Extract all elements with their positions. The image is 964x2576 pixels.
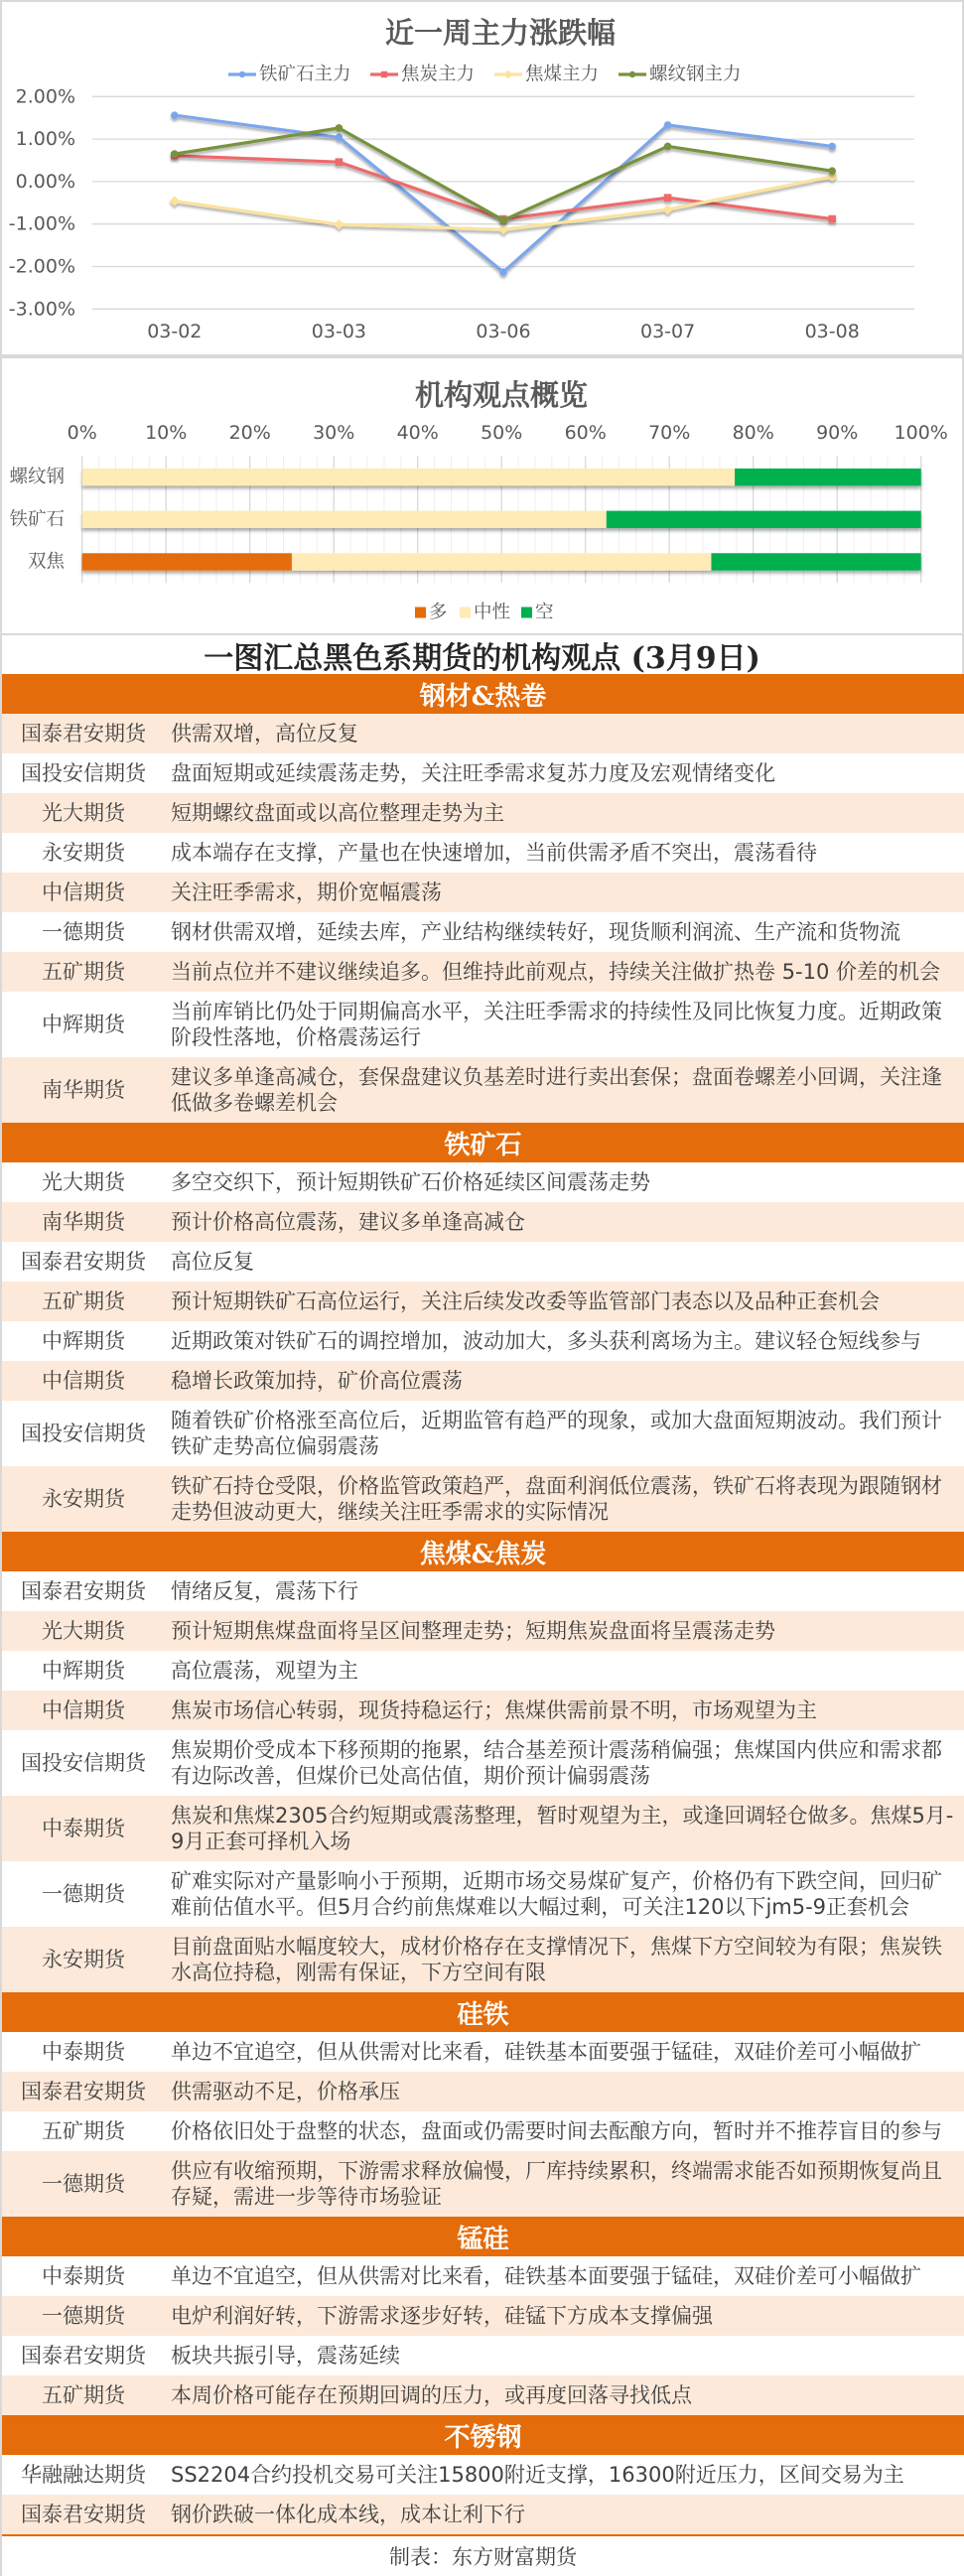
section-header: 铁矿石 [2, 1123, 964, 1162]
institution-name: 五矿期货 [2, 2382, 165, 2408]
data-point-marker [336, 134, 344, 142]
institution-view: 焦炭期价受成本下移预期的拖累，结合基差预计震荡稍偏强；焦煤国内供应和需求都 有边… [165, 1737, 964, 1789]
table-row: 南华期货建议多单逢高减仓，套保盘建议负基差时进行卖出套保；盘面卷螺差小回调，关注… [2, 1057, 964, 1123]
legend-swatch-icon [460, 608, 471, 618]
data-point-marker [662, 204, 672, 214]
legend-label: 中性 [474, 603, 511, 623]
chart-title: 机构观点概览 [415, 378, 588, 412]
section-stainless-steel: 不锈钢 华融融达期货SS2204合约投机交易可关注15800附近支撑，16300… [2, 2415, 964, 2534]
legend-label: 焦煤主力 [525, 65, 599, 85]
table-row: 南华期货预计价格高位震荡，建议多单逢高减仓 [2, 1202, 964, 1242]
x-axis-label: 100% [895, 422, 948, 444]
legend-swatch-icon [521, 608, 532, 618]
institution-name: 南华期货 [2, 1077, 165, 1103]
institution-name: 国泰君安期货 [2, 1249, 165, 1275]
x-axis-label: 03-06 [476, 321, 530, 342]
table-row: 五矿期货价格依旧处于盘整的状态，盘面或仍需要时间去酝酿方向，暂时并不推荐盲目的参… [2, 2111, 964, 2151]
legend-item: 中性 [460, 603, 511, 623]
legend-swatch-icon [415, 608, 426, 618]
data-point-marker [336, 158, 344, 166]
bar-segment [711, 553, 920, 570]
data-point-marker [171, 111, 179, 119]
table-row: 五矿期货预计短期铁矿石高位运行，关注后续发改委等监管部门表态以及品种正套机会 [2, 1282, 964, 1321]
institution-view: 电炉利润好转，下游需求逐步好转，硅锰下方成本支撑偏强 [165, 2303, 964, 2329]
table-row: 中泰期货单边不宜追空，但从供需对比来看，硅铁基本面要强于锰硅，双硅价差可小幅做扩 [2, 2032, 964, 2072]
institution-view: 短期螺纹盘面或以高位整理走势为主 [165, 800, 964, 826]
series-line [175, 156, 832, 219]
table-row: 永安期货铁矿石持仓受限，价格监管政策趋严，盘面利润低位震荡，铁矿石将表现为跟随钢… [2, 1466, 964, 1532]
bar-segment [607, 511, 921, 528]
legend-item: 空 [521, 603, 554, 623]
institution-name: 国投安信期货 [2, 760, 165, 786]
section-coking-coal-coke: 焦煤&焦炭 国泰君安期货情绪反复，震荡下行 光大期货预计短期焦煤盘面将呈区间整理… [2, 1532, 964, 1992]
institution-name: 国投安信期货 [2, 1421, 165, 1446]
data-point-marker [828, 143, 836, 151]
y-axis-label: 2.00% [16, 85, 75, 107]
institution-name: 国泰君安期货 [2, 2502, 165, 2527]
x-axis-label: 03-03 [312, 321, 366, 342]
y-axis-label: -1.00% [9, 213, 75, 235]
section-ferrosilicon: 硅铁 中泰期货单边不宜追空，但从供需对比来看，硅铁基本面要强于锰硅，双硅价差可小… [2, 1992, 964, 2217]
x-axis-label: 03-02 [147, 321, 202, 342]
table-row: 国泰君安期货情绪反复，震荡下行 [2, 1571, 964, 1611]
institution-view: 当前点位并不建议继续追多。但维持此前观点，持续关注做扩热卷 5-10 价差的机会 [165, 959, 964, 985]
institution-name: 中辉期货 [2, 1012, 165, 1037]
legend-label: 焦炭主力 [401, 65, 475, 85]
institution-view: 焦炭和焦煤2305合约短期或震荡整理，暂时观望为主，或逢回调轻仓做多。焦煤5月-… [165, 1803, 964, 1854]
data-point-marker [828, 215, 836, 223]
table-row: 国泰君安期货板块共振引导，震荡延续 [2, 2336, 964, 2375]
section-header: 不锈钢 [2, 2415, 964, 2455]
x-axis-label: 03-07 [640, 321, 695, 342]
bar-segment [82, 469, 735, 485]
table-row: 一德期货矿难实际对产量影响小于预期，近期市场交易煤矿复产，价格仍有下跌空间，回归… [2, 1861, 964, 1927]
x-axis-label: 70% [648, 422, 690, 444]
x-axis-label: 03-08 [805, 321, 860, 342]
data-point-marker [499, 216, 507, 224]
table-row: 五矿期货本周价格可能存在预期回调的压力，或再度回落寻找低点 [2, 2375, 964, 2415]
institution-name: 永安期货 [2, 1947, 165, 1972]
institution-view: 随着铁矿价格涨至高位后，近期监管有趋严的现象，或加大盘面短期波动。我们预计 铁矿… [165, 1408, 964, 1459]
data-point-marker [171, 150, 179, 158]
y-axis-label: -2.00% [9, 256, 75, 278]
institution-name: 一德期货 [2, 2171, 165, 2197]
x-axis-label: 40% [397, 422, 439, 444]
legend-item: 焦炭主力 [370, 65, 475, 85]
institution-name: 中信期货 [2, 1368, 165, 1394]
institution-view: 钢材供需双增，延续去库，产业结构继续转好，现货顺利润流、生产流和货物流 [165, 919, 964, 945]
legend-item: 螺纹钢主力 [619, 65, 742, 85]
legend-item: 焦煤主力 [494, 65, 599, 85]
series-group [171, 152, 836, 222]
legend-marker-icon [504, 70, 513, 79]
institution-view: 本周价格可能存在预期回调的压力，或再度回落寻找低点 [165, 2382, 964, 2408]
institution-views-table: 钢材&热卷 国泰君安期货供需双增，高位反复 国投安信期货盘面短期或延续震荡走势，… [0, 674, 964, 2536]
data-point-marker [664, 121, 672, 129]
data-point-marker [499, 268, 507, 276]
table-row: 中辉期货高位震荡，观望为主 [2, 1651, 964, 1691]
institution-view: 单边不宜追空，但从供需对比来看，硅铁基本面要强于锰硅，双硅价差可小幅做扩 [165, 2263, 964, 2289]
legend-label: 铁矿石主力 [259, 65, 351, 85]
category-label: 铁矿石 [9, 509, 65, 530]
institution-name: 国泰君安期货 [2, 2079, 165, 2104]
institution-name: 一德期货 [2, 919, 165, 945]
data-point-marker [498, 224, 508, 234]
institution-view: 高位反复 [165, 1249, 964, 1275]
table-row: 一德期货供应有收缩预期，下游需求释放偏慢，厂库持续累积，终端需求能否如预期恢复尚… [2, 2151, 964, 2217]
institution-view: 铁矿石持仓受限，价格监管政策趋严，盘面利润低位震荡，铁矿石将表现为跟随钢材 走势… [165, 1473, 964, 1525]
institution-name: 南华期货 [2, 1209, 165, 1235]
footer-credit: 制表：东方财富期货 [0, 2536, 964, 2576]
institution-view: 焦炭市场信心转弱，现货持稳运行；焦煤供需前景不明，市场观望为主 [165, 1697, 964, 1723]
institution-view: 预计短期焦煤盘面将呈区间整理走势；短期焦炭盘面将呈震荡走势 [165, 1618, 964, 1644]
institution-view: 矿难实际对产量影响小于预期，近期市场交易煤矿复产，价格仍有下跌空间，回归矿 难前… [165, 1868, 964, 1920]
data-point-marker [170, 196, 180, 205]
institution-name: 一德期货 [2, 1881, 165, 1907]
institution-view: 板块共振引导，震荡延续 [165, 2343, 964, 2369]
bar-group [82, 469, 921, 571]
institution-view: 价格依旧处于盘整的状态，盘面或仍需要时间去酝酿方向，暂时并不推荐盲目的参与 [165, 2118, 964, 2144]
x-axis-label: 50% [481, 422, 522, 444]
institution-view: 单边不宜追空，但从供需对比来看，硅铁基本面要强于锰硅，双硅价差可小幅做扩 [165, 2039, 964, 2065]
institution-view-stacked-bar-chart: 机构观点概览0%10%20%30%40%50%60%70%80%90%100%螺… [0, 356, 964, 635]
category-label: 螺纹钢 [9, 467, 65, 487]
data-point-marker [334, 219, 344, 229]
x-axis-label: 10% [145, 422, 187, 444]
institution-name: 中信期货 [2, 1697, 165, 1723]
bar-segment [735, 469, 921, 485]
institution-name: 中泰期货 [2, 2263, 165, 2289]
section-header: 锰硅 [2, 2217, 964, 2256]
institution-name: 光大期货 [2, 800, 165, 826]
table-row: 永安期货目前盘面贴水幅度较大，成材价格存在支撑情况下，焦煤下方空间较为有限；焦炭… [2, 1927, 964, 1992]
table-row: 中辉期货近期政策对铁矿石的调控增加，波动加大，多头获利离场为主。建议轻仓短线参与 [2, 1321, 964, 1361]
institution-name: 永安期货 [2, 840, 165, 866]
chart-title: 近一周主力涨跌幅 [385, 16, 616, 50]
institution-name: 五矿期货 [2, 1288, 165, 1314]
x-axis-label: 20% [229, 422, 271, 444]
weekly-change-chart: 近一周主力涨跌幅2.00%1.00%0.00%-1.00%-2.00%-3.00… [0, 0, 964, 356]
institution-name: 国投安信期货 [2, 1750, 165, 1776]
table-row: 国投安信期货盘面短期或延续震荡走势，关注旺季需求复苏力度及宏观情绪变化 [2, 753, 964, 793]
institution-view: 目前盘面贴水幅度较大，成材价格存在支撑情况下，焦煤下方空间较为有限；焦炭铁 水高… [165, 1934, 964, 1985]
data-point-marker [664, 194, 672, 202]
table-row: 国泰君安期货钢价跌破一体化成本线，成本让利下行 [2, 2495, 964, 2534]
institution-name: 国泰君安期货 [2, 721, 165, 746]
bar-segment [82, 553, 292, 570]
table-row: 光大期货多空交织下，预计短期铁矿石价格延续区间震荡走势 [2, 1162, 964, 1202]
institution-view: 建议多单逢高减仓，套保盘建议负基差时进行卖出套保；盘面卷螺差小回调，关注逢 低做… [165, 1064, 964, 1116]
institution-name: 国泰君安期货 [2, 1578, 165, 1604]
data-point-marker [336, 124, 344, 132]
legend-marker-icon [381, 71, 387, 77]
x-axis-label: 90% [816, 422, 858, 444]
institution-view: 当前库销比仍处于同期偏高水平，关注旺季需求的持续性及同比恢复力度。近期政策 阶段… [165, 999, 964, 1050]
x-axis-label: 30% [313, 422, 354, 444]
table-row: 中信期货稳增长政策加持，矿价高位震荡 [2, 1361, 964, 1401]
institution-view: 预计短期铁矿石高位运行，关注后续发改委等监管部门表态以及品种正套机会 [165, 1288, 964, 1314]
legend-item: 铁矿石主力 [228, 65, 351, 85]
y-axis-label: 1.00% [16, 128, 75, 150]
x-axis-label: 0% [68, 422, 97, 444]
legend-label: 螺纹钢主力 [649, 65, 742, 85]
legend-label: 空 [535, 603, 554, 623]
institution-name: 中辉期货 [2, 1658, 165, 1684]
institution-name: 五矿期货 [2, 2118, 165, 2144]
legend-marker-icon [629, 71, 635, 77]
series-group [170, 172, 838, 235]
table-row: 国投安信期货随着铁矿价格涨至高位后，近期监管有趋严的现象，或加大盘面短期波动。我… [2, 1401, 964, 1466]
institution-view: 情绪反复，震荡下行 [165, 1578, 964, 1604]
table-row: 光大期货预计短期焦煤盘面将呈区间整理走势；短期焦炭盘面将呈震荡走势 [2, 1611, 964, 1651]
bar-segment [292, 553, 712, 570]
institution-view: 关注旺季需求，期价宽幅震荡 [165, 880, 964, 905]
weekly-change-line-chart: 近一周主力涨跌幅2.00%1.00%0.00%-1.00%-2.00%-3.00… [0, 0, 964, 356]
section-header: 硅铁 [2, 1992, 964, 2032]
section-iron-ore: 铁矿石 光大期货多空交织下，预计短期铁矿石价格延续区间震荡走势 南华期货预计价格… [2, 1123, 964, 1532]
institution-name: 国泰君安期货 [2, 2343, 165, 2369]
table-row: 华融融达期货SS2204合约投机交易可关注15800附近支撑，16300附近压力… [2, 2455, 964, 2495]
category-label: 双焦 [28, 551, 66, 572]
section-silicomanganese: 锰硅 中泰期货单边不宜追空，但从供需对比来看，硅铁基本面要强于锰硅，双硅价差可小… [2, 2217, 964, 2415]
institution-name: 五矿期货 [2, 959, 165, 985]
section-header: 焦煤&焦炭 [2, 1532, 964, 1571]
table-row: 中泰期货焦炭和焦煤2305合约短期或震荡整理，暂时观望为主，或逢回调轻仓做多。焦… [2, 1796, 964, 1861]
summary-title: 一图汇总黑色系期货的机构观点 (3月9日) [0, 635, 964, 674]
institution-view: 预计价格高位震荡，建议多单逢高减仓 [165, 1209, 964, 1235]
legend-marker-icon [239, 71, 245, 77]
table-row: 一德期货电炉利润好转，下游需求逐步好转，硅锰下方成本支撑偏强 [2, 2296, 964, 2336]
table-row: 国泰君安期货高位反复 [2, 1242, 964, 1282]
data-point-marker [828, 167, 836, 175]
institution-name: 一德期货 [2, 2303, 165, 2329]
institution-view: 高位震荡，观望为主 [165, 1658, 964, 1684]
series-group [171, 111, 836, 276]
table-row: 光大期货短期螺纹盘面或以高位整理走势为主 [2, 793, 964, 833]
table-row: 中信期货焦炭市场信心转弱，现货持稳运行；焦煤供需前景不明，市场观望为主 [2, 1691, 964, 1730]
legend-item: 多 [415, 603, 448, 623]
institution-view: 稳增长政策加持，矿价高位震荡 [165, 1368, 964, 1394]
institution-view: 成本端存在支撑，产量也在快速增加，当前供需矛盾不突出，震荡看待 [165, 840, 964, 866]
institution-view: 供需驱动不足，价格承压 [165, 2079, 964, 2104]
x-axis-label: 60% [565, 422, 607, 444]
y-axis-label: -3.00% [9, 298, 75, 320]
section-steel-hot-coil: 钢材&热卷 国泰君安期货供需双增，高位反复 国投安信期货盘面短期或延续震荡走势，… [2, 674, 964, 1123]
institution-name: 光大期货 [2, 1618, 165, 1644]
table-row: 国泰君安期货供需双增，高位反复 [2, 714, 964, 753]
table-row: 五矿期货当前点位并不建议继续追多。但维持此前观点，持续关注做扩热卷 5-10 价… [2, 952, 964, 992]
institution-view: 盘面短期或延续震荡走势，关注旺季需求复苏力度及宏观情绪变化 [165, 760, 964, 786]
institution-name: 永安期货 [2, 1486, 165, 1512]
institution-view: 多空交织下，预计短期铁矿石价格延续区间震荡走势 [165, 1169, 964, 1195]
table-row: 国泰君安期货供需驱动不足，价格承压 [2, 2072, 964, 2111]
table-row: 中辉期货当前库销比仍处于同期偏高水平，关注旺季需求的持续性及同比恢复力度。近期政… [2, 992, 964, 1057]
institution-name: 中信期货 [2, 880, 165, 905]
table-row: 永安期货成本端存在支撑，产量也在快速增加，当前供需矛盾不突出，震荡看待 [2, 833, 964, 873]
institution-view: 钢价跌破一体化成本线，成本让利下行 [165, 2502, 964, 2527]
institution-view-chart: 机构观点概览0%10%20%30%40%50%60%70%80%90%100%螺… [0, 356, 964, 635]
section-header: 钢材&热卷 [2, 674, 964, 714]
institution-name: 中泰期货 [2, 2039, 165, 2065]
page: 近一周主力涨跌幅2.00%1.00%0.00%-1.00%-2.00%-3.00… [0, 0, 964, 2576]
table-row: 国投安信期货焦炭期价受成本下移预期的拖累，结合基差预计震荡稍偏强；焦煤国内供应和… [2, 1730, 964, 1796]
institution-view: SS2204合约投机交易可关注15800附近支撑，16300附近压力，区间交易为… [165, 2462, 964, 2488]
institution-view: 近期政策对铁矿石的调控增加，波动加大，多头获利离场为主。建议轻仓短线参与 [165, 1328, 964, 1354]
table-row: 中泰期货单边不宜追空，但从供需对比来看，硅铁基本面要强于锰硅，双硅价差可小幅做扩 [2, 2256, 964, 2296]
institution-name: 光大期货 [2, 1169, 165, 1195]
legend-label: 多 [429, 603, 448, 623]
institution-name: 中泰期货 [2, 1816, 165, 1841]
institution-view: 供应有收缩预期，下游需求释放偏慢，厂库持续累积，终端需求能否如预期恢复尚且 存疑… [165, 2158, 964, 2210]
table-row: 一德期货钢材供需双增，延续去库，产业结构继续转好，现货顺利润流、生产流和货物流 [2, 912, 964, 952]
institution-name: 华融融达期货 [2, 2462, 165, 2488]
bar-segment [82, 511, 607, 528]
institution-name: 中辉期货 [2, 1328, 165, 1354]
data-point-marker [664, 143, 672, 151]
y-axis-label: 0.00% [16, 171, 75, 193]
institution-view: 供需双增，高位反复 [165, 721, 964, 746]
x-axis-label: 80% [733, 422, 774, 444]
table-row: 中信期货关注旺季需求，期价宽幅震荡 [2, 873, 964, 912]
